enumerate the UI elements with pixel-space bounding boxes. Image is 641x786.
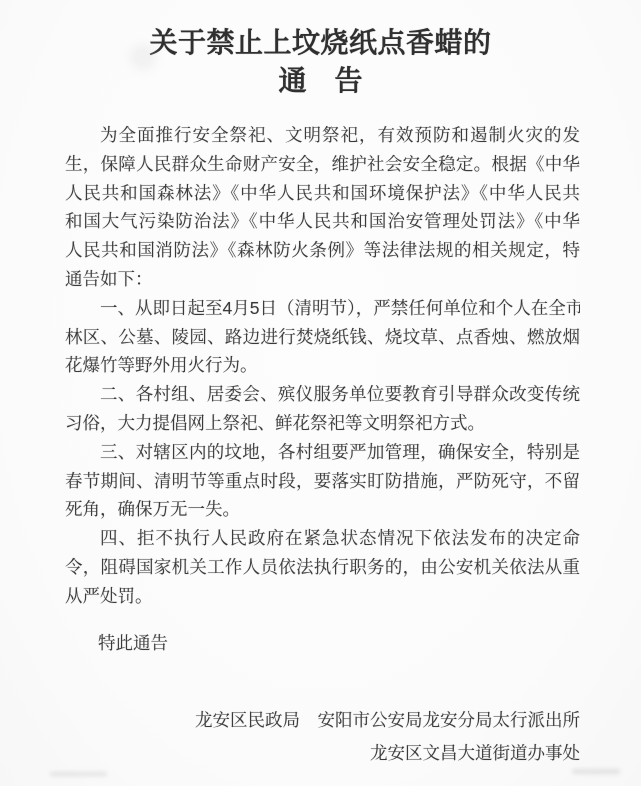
scan-smudge-bottom-left	[50, 772, 107, 776]
notice-line: 人民共和国消防法》《森林防火条例》等法律法规的相关规定，特	[65, 236, 580, 265]
notice-line: 通告如下：	[65, 265, 580, 294]
notice-line: 习俗，大力提倡网上祭祀、鲜花祭祀等文明祭祀方式。	[65, 409, 580, 438]
notice-line: 春节期间、清明节等重点时段，要落实盯防措施，严防死守，不留	[65, 467, 580, 496]
notice-title-char: 通	[278, 66, 306, 96]
notice-line: 死角，确保万无一失。	[65, 495, 580, 524]
notice-paragraph: 三、对辖区内的坟地，各村组要严加管理，确保安全，特别是春节期间、清明节等重点时段…	[65, 438, 580, 524]
notice-line: 二、各村组、居委会、殡仪服务单位要教育引导群众改变传统	[65, 380, 580, 409]
notice-line: 四、拒不执行人民政府在紧急状态情况下依法发布的决定命	[65, 524, 580, 553]
notice-closing: 特此通告	[65, 629, 580, 658]
notice-body: 为全面推行安全祭祀、文明祭祀，有效预防和遏制火灾的发生，保障人民群众生命财产安全…	[65, 121, 580, 611]
notice-line: 从严处罚。	[65, 582, 580, 611]
notice-line: 三、对辖区内的坟地，各村组要严加管理，确保安全，特别是	[65, 438, 580, 467]
signature-line: 龙安区民政局 安阳市公安局龙安分局太行派出所	[65, 704, 580, 737]
notice-line: 花爆竹等野外用火行为。	[65, 351, 580, 380]
notice-line: 一、从即日起至4月5日（清明节），严禁任何单位和个人在全市	[65, 294, 580, 323]
signature-line: 龙安区文昌大道街道办事处	[65, 737, 580, 770]
notice-title-line1: 关于禁止上坟烧纸点香蜡的	[0, 26, 641, 60]
notice-line: 林区、公墓、陵园、路边进行焚烧纸钱、烧坟草、点香烛、燃放烟	[65, 323, 580, 352]
scan-smudge-title-left	[130, 44, 156, 70]
notice-paragraph: 四、拒不执行人民政府在紧急状态情况下依法发布的决定命令，阻碍国家机关工作人员依法…	[65, 524, 580, 610]
notice-document: 关于禁止上坟烧纸点香蜡的 通告 为全面推行安全祭祀、文明祭祀，有效预防和遏制火灾…	[0, 0, 641, 786]
notice-title-char: 告	[335, 66, 363, 96]
notice-line: 人民共和国森林法》《中华人民共和国环境保护法》《中华人民共	[65, 179, 580, 208]
scan-smudge-bottom-right	[572, 769, 620, 774]
notice-line: 和国大气污染防治法》《中华人民共和国治安管理处罚法》《中华	[65, 207, 580, 236]
notice-paragraph: 为全面推行安全祭祀、文明祭祀，有效预防和遏制火灾的发生，保障人民群众生命财产安全…	[65, 121, 580, 294]
notice-line: 生，保障人民群众生命财产安全，维护社会安全稳定。根据《中华	[65, 150, 580, 179]
notice-paragraph: 一、从即日起至4月5日（清明节），严禁任何单位和个人在全市林区、公墓、陵园、路边…	[65, 294, 580, 380]
notice-line: 为全面推行安全祭祀、文明祭祀，有效预防和遏制火灾的发	[65, 121, 580, 150]
notice-title-line2: 通告	[0, 66, 641, 96]
notice-line: 令，阻碍国家机关工作人员依法执行职务的，由公安机关依法从重	[65, 553, 580, 582]
notice-paragraph: 二、各村组、居委会、殡仪服务单位要教育引导群众改变传统习俗，大力提倡网上祭祀、鲜…	[65, 380, 580, 438]
notice-signatures: 龙安区民政局 安阳市公安局龙安分局太行派出所龙安区文昌大道街道办事处	[65, 704, 580, 770]
